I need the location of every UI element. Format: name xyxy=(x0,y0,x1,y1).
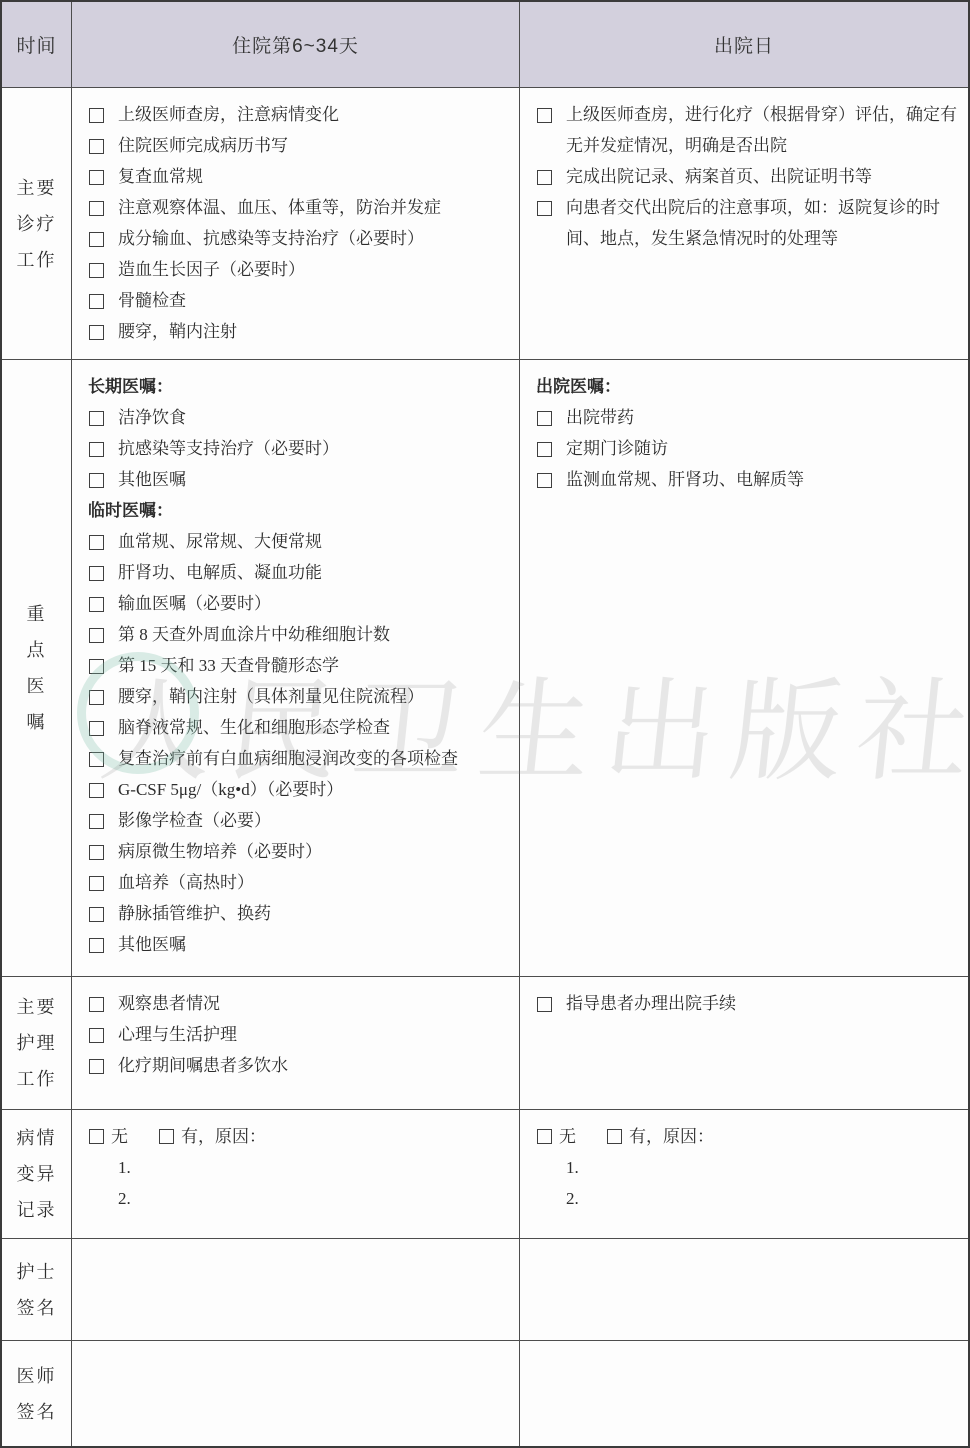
item-text: 脑脊液常规、生化和细胞形态学检查 xyxy=(118,718,390,737)
checkbox-icon[interactable] xyxy=(89,566,104,581)
item-text: 第 8 天查外周血涂片中幼稚细胞计数 xyxy=(118,625,390,644)
row-label-nurse-signature: 护士签名 xyxy=(2,1239,72,1341)
row-label-variation-record: 病情变异记录 xyxy=(2,1110,72,1239)
item-text: 上级医师查房，注意病情变化 xyxy=(118,105,339,124)
checkbox-icon[interactable] xyxy=(89,628,104,643)
item-text: G-CSF 5μg/（kg•d）（必要时） xyxy=(118,780,343,799)
text-line: 2. xyxy=(88,1183,511,1214)
row-label-line: 主要 xyxy=(17,170,57,206)
checklist-item[interactable]: 有，原因： xyxy=(606,1121,714,1152)
item-text: 无 xyxy=(559,1127,576,1146)
row-label-line: 医 xyxy=(27,668,47,704)
header-cell-discharge-day: 出院日 xyxy=(520,2,968,88)
row-label-line: 记录 xyxy=(17,1192,57,1228)
key-orders-hospital-cell: 长期医嘱：洁净饮食抗感染等支持治疗（必要时）其他医嘱临时医嘱：血常规、尿常规、大… xyxy=(72,360,520,977)
header-time-label: 时间 xyxy=(16,31,56,58)
checkbox-icon[interactable] xyxy=(89,232,104,247)
checklist-item[interactable]: 指导患者办理出院手续 xyxy=(536,988,960,1019)
checklist-item[interactable]: 脑脊液常规、生化和细胞形态学检查 xyxy=(88,712,511,743)
row-label-line: 护理 xyxy=(17,1025,57,1061)
row-label-line: 嘱 xyxy=(27,704,47,740)
checkbox-icon[interactable] xyxy=(537,201,552,216)
text-line: 1. xyxy=(536,1152,960,1183)
row-label-key-orders: 重点医嘱 xyxy=(2,360,72,977)
header-hospital-days-label: 住院第6~34天 xyxy=(232,31,359,58)
row-label-line: 点 xyxy=(27,632,47,668)
checklist-item[interactable]: 监测血常规、肝肾功、电解质等 xyxy=(536,464,960,495)
row-label-line: 工作 xyxy=(17,242,57,278)
checklist-item[interactable]: 心理与生活护理 xyxy=(88,1019,511,1050)
checklist-item[interactable]: 输血医嘱（必要时） xyxy=(88,588,511,619)
checkbox-icon[interactable] xyxy=(89,139,104,154)
checklist-item[interactable]: 上级医师查房，进行化疗（根据骨穿）评估，确定有无并发症情况，明确是否出院 xyxy=(536,99,960,161)
checkbox-icon[interactable] xyxy=(89,1129,104,1144)
checklist-item[interactable]: 造血生长因子（必要时） xyxy=(88,254,511,285)
order-group-heading: 长期医嘱： xyxy=(88,371,511,402)
checkbox-icon[interactable] xyxy=(537,108,552,123)
item-text: 成分输血、抗感染等支持治疗（必要时） xyxy=(118,229,424,248)
checkbox-icon[interactable] xyxy=(89,597,104,612)
checklist-item[interactable]: 血培养（高热时） xyxy=(88,867,511,898)
item-text: 血培养（高热时） xyxy=(118,873,254,892)
item-text: 心理与生活护理 xyxy=(118,1025,237,1044)
checkbox-icon[interactable] xyxy=(537,473,552,488)
item-text: 造血生长因子（必要时） xyxy=(118,260,305,279)
checklist-item[interactable]: 化疗期间嘱患者多饮水 xyxy=(88,1050,511,1081)
order-group-heading: 临时医嘱： xyxy=(88,495,511,526)
checkbox-icon[interactable] xyxy=(89,997,104,1012)
text-line: 2. xyxy=(536,1183,960,1214)
item-text: 影像学检查（必要） xyxy=(118,811,271,830)
item-text: 有，原因： xyxy=(629,1127,714,1146)
item-text: 长期医嘱： xyxy=(88,377,173,396)
item-text: 指导患者办理出院手续 xyxy=(566,994,736,1013)
checkbox-icon[interactable] xyxy=(89,294,104,309)
checklist-item[interactable]: 腰穿，鞘内注射（具体剂量见住院流程） xyxy=(88,681,511,712)
row-label-line: 签名 xyxy=(17,1290,57,1326)
physician-signature-hospital-cell[interactable] xyxy=(72,1341,520,1446)
item-text: 出院医嘱： xyxy=(536,377,621,396)
nurse-signature-hospital-cell[interactable] xyxy=(72,1239,520,1341)
item-text: 静脉插管维护、换药 xyxy=(118,904,271,923)
checklist-item[interactable]: 向患者交代出院后的注意事项，如：返院复诊的时间、地点，发生紧急情况时的处理等 xyxy=(536,192,960,254)
item-text: 其他医嘱 xyxy=(118,470,186,489)
checklist-item[interactable]: 影像学检查（必要） xyxy=(88,805,511,836)
checklist-item[interactable]: 腰穿，鞘内注射 xyxy=(88,316,511,347)
clinical-pathway-table: 时间 住院第6~34天 出院日 主要诊疗工作 上级医师查房，注意病情变化住院医师… xyxy=(0,0,970,1448)
checkbox-icon[interactable] xyxy=(89,752,104,767)
checkbox-icon[interactable] xyxy=(89,876,104,891)
text-line: 1. xyxy=(88,1152,511,1183)
row-label-line: 签名 xyxy=(17,1394,57,1430)
checkbox-icon[interactable] xyxy=(89,1028,104,1043)
checklist-item[interactable]: 复查治疗前有白血病细胞浸润改变的各项检查 xyxy=(88,743,511,774)
checklist-item[interactable]: G-CSF 5μg/（kg•d）（必要时） xyxy=(88,774,511,805)
item-text: 住院医师完成病历书写 xyxy=(118,136,288,155)
main-treatment-hospital-cell: 上级医师查房，注意病情变化住院医师完成病历书写复查血常规注意观察体温、血压、体重… xyxy=(72,88,520,360)
checkbox-icon[interactable] xyxy=(89,690,104,705)
item-text: 有，原因： xyxy=(181,1127,266,1146)
item-text: 观察患者情况 xyxy=(118,994,220,1013)
header-cell-hospital-days: 住院第6~34天 xyxy=(72,2,520,88)
nurse-signature-discharge-cell[interactable] xyxy=(520,1239,968,1341)
checklist-item[interactable]: 洁净饮食 xyxy=(88,402,511,433)
row-label-line: 重 xyxy=(27,596,47,632)
checklist-item[interactable]: 出院带药 xyxy=(536,402,960,433)
item-text: 2. xyxy=(118,1189,131,1208)
row-label-line: 医师 xyxy=(17,1358,57,1394)
main-nursing-discharge-cell: 指导患者办理出院手续 xyxy=(520,977,968,1110)
row-label-line: 变异 xyxy=(17,1156,57,1192)
row-label-line: 护士 xyxy=(17,1254,57,1290)
item-text: 复查血常规 xyxy=(118,167,203,186)
item-text: 1. xyxy=(118,1158,131,1177)
order-group-heading: 出院医嘱： xyxy=(536,371,960,402)
main-nursing-hospital-cell: 观察患者情况心理与生活护理化疗期间嘱患者多饮水 xyxy=(72,977,520,1110)
item-text: 出院带药 xyxy=(566,408,634,427)
main-treatment-discharge-cell: 上级医师查房，进行化疗（根据骨穿）评估，确定有无并发症情况，明确是否出院完成出院… xyxy=(520,88,968,360)
checklist-item[interactable]: 复查血常规 xyxy=(88,161,511,192)
checklist-item[interactable]: 无 xyxy=(88,1121,128,1152)
item-text: 输血医嘱（必要时） xyxy=(118,594,271,613)
checkbox-icon[interactable] xyxy=(89,263,104,278)
checkbox-icon[interactable] xyxy=(159,1129,174,1144)
checkbox-icon[interactable] xyxy=(537,170,552,185)
item-text: 完成出院记录、病案首页、出院证明书等 xyxy=(566,167,872,186)
item-text: 骨髓检查 xyxy=(118,291,186,310)
row-label-line: 主要 xyxy=(17,989,57,1025)
item-text: 腰穿，鞘内注射（具体剂量见住院流程） xyxy=(118,687,424,706)
item-text: 其他医嘱 xyxy=(118,935,186,954)
variation-record-hospital-cell[interactable]: 无有，原因：1.2. xyxy=(72,1110,520,1239)
item-text: 上级医师查房，进行化疗（根据骨穿）评估，确定有无并发症情况，明确是否出院 xyxy=(566,105,957,155)
checklist-item[interactable]: 成分输血、抗感染等支持治疗（必要时） xyxy=(88,223,511,254)
variation-record-discharge-cell[interactable]: 无有，原因：1.2. xyxy=(520,1110,968,1239)
item-text: 血常规、尿常规、大便常规 xyxy=(118,532,322,551)
checkbox-icon[interactable] xyxy=(89,1059,104,1074)
row-label-main-nursing: 主要护理工作 xyxy=(2,977,72,1110)
checkbox-icon[interactable] xyxy=(537,997,552,1012)
checkbox-icon[interactable] xyxy=(89,535,104,550)
checklist-item[interactable]: 静脉插管维护、换药 xyxy=(88,898,511,929)
row-label-line: 病情 xyxy=(17,1120,57,1156)
checklist-item[interactable]: 血常规、尿常规、大便常规 xyxy=(88,526,511,557)
item-text: 监测血常规、肝肾功、电解质等 xyxy=(566,470,804,489)
checklist-item[interactable]: 骨髓检查 xyxy=(88,285,511,316)
checklist-item[interactable]: 注意观察体温、血压、体重等，防治并发症 xyxy=(88,192,511,223)
header-cell-time: 时间 xyxy=(2,2,72,88)
checkbox-icon[interactable] xyxy=(537,442,552,457)
checklist-item[interactable]: 其他医嘱 xyxy=(88,929,511,960)
checkbox-icon[interactable] xyxy=(537,1129,552,1144)
checklist-item[interactable]: 其他医嘱 xyxy=(88,464,511,495)
checkbox-icon[interactable] xyxy=(89,814,104,829)
item-text: 无 xyxy=(111,1127,128,1146)
physician-signature-discharge-cell[interactable] xyxy=(520,1341,968,1446)
item-text: 注意观察体温、血压、体重等，防治并发症 xyxy=(118,198,441,217)
checkbox-icon[interactable] xyxy=(89,659,104,674)
item-text: 临时医嘱： xyxy=(88,501,173,520)
checklist-item[interactable]: 定期门诊随访 xyxy=(536,433,960,464)
header-discharge-day-label: 出院日 xyxy=(714,31,774,58)
item-text: 抗感染等支持治疗（必要时） xyxy=(118,439,339,458)
item-text: 腰穿，鞘内注射 xyxy=(118,322,237,341)
item-text: 1. xyxy=(566,1158,579,1177)
checklist-item[interactable]: 上级医师查房，注意病情变化 xyxy=(88,99,511,130)
checklist-item[interactable]: 无 xyxy=(536,1121,576,1152)
row-label-line: 诊疗 xyxy=(17,206,57,242)
row-label-line: 工作 xyxy=(17,1061,57,1097)
checkbox-icon[interactable] xyxy=(89,325,104,340)
checkbox-icon[interactable] xyxy=(89,201,104,216)
item-text: 病原微生物培养（必要时） xyxy=(118,842,322,861)
item-text: 肝肾功、电解质、凝血功能 xyxy=(118,563,322,582)
row-label-main-treatment: 主要诊疗工作 xyxy=(2,88,72,360)
checkbox-icon[interactable] xyxy=(89,907,104,922)
checklist-item[interactable]: 住院医师完成病历书写 xyxy=(88,130,511,161)
item-text: 洁净饮食 xyxy=(118,408,186,427)
row-label-physician-signature: 医师签名 xyxy=(2,1341,72,1446)
checkbox-icon[interactable] xyxy=(89,938,104,953)
item-text: 第 15 天和 33 天查骨髓形态学 xyxy=(118,656,339,675)
checklist-item[interactable]: 肝肾功、电解质、凝血功能 xyxy=(88,557,511,588)
checkbox-icon[interactable] xyxy=(607,1129,622,1144)
item-text: 定期门诊随访 xyxy=(566,439,668,458)
checklist-item[interactable]: 完成出院记录、病案首页、出院证明书等 xyxy=(536,161,960,192)
checklist-item[interactable]: 观察患者情况 xyxy=(88,988,511,1019)
checklist-item[interactable]: 病原微生物培养（必要时） xyxy=(88,836,511,867)
item-text: 2. xyxy=(566,1189,579,1208)
checkbox-icon[interactable] xyxy=(89,721,104,736)
checkbox-icon[interactable] xyxy=(89,845,104,860)
key-orders-discharge-cell: 出院医嘱：出院带药定期门诊随访监测血常规、肝肾功、电解质等 xyxy=(520,360,968,977)
checkbox-icon[interactable] xyxy=(89,170,104,185)
checklist-item[interactable]: 第 15 天和 33 天查骨髓形态学 xyxy=(88,650,511,681)
item-text: 化疗期间嘱患者多饮水 xyxy=(118,1056,288,1075)
checklist-item[interactable]: 第 8 天查外周血涂片中幼稚细胞计数 xyxy=(88,619,511,650)
checklist-item[interactable]: 有，原因： xyxy=(158,1121,266,1152)
item-text: 复查治疗前有白血病细胞浸润改变的各项检查 xyxy=(118,749,458,768)
checkbox-icon[interactable] xyxy=(89,411,104,426)
checklist-item[interactable]: 抗感染等支持治疗（必要时） xyxy=(88,433,511,464)
checkbox-icon[interactable] xyxy=(537,411,552,426)
checkbox-icon[interactable] xyxy=(89,783,104,798)
checkbox-icon[interactable] xyxy=(89,473,104,488)
checkbox-icon[interactable] xyxy=(89,108,104,123)
item-text: 向患者交代出院后的注意事项，如：返院复诊的时间、地点，发生紧急情况时的处理等 xyxy=(566,198,940,248)
checkbox-icon[interactable] xyxy=(89,442,104,457)
